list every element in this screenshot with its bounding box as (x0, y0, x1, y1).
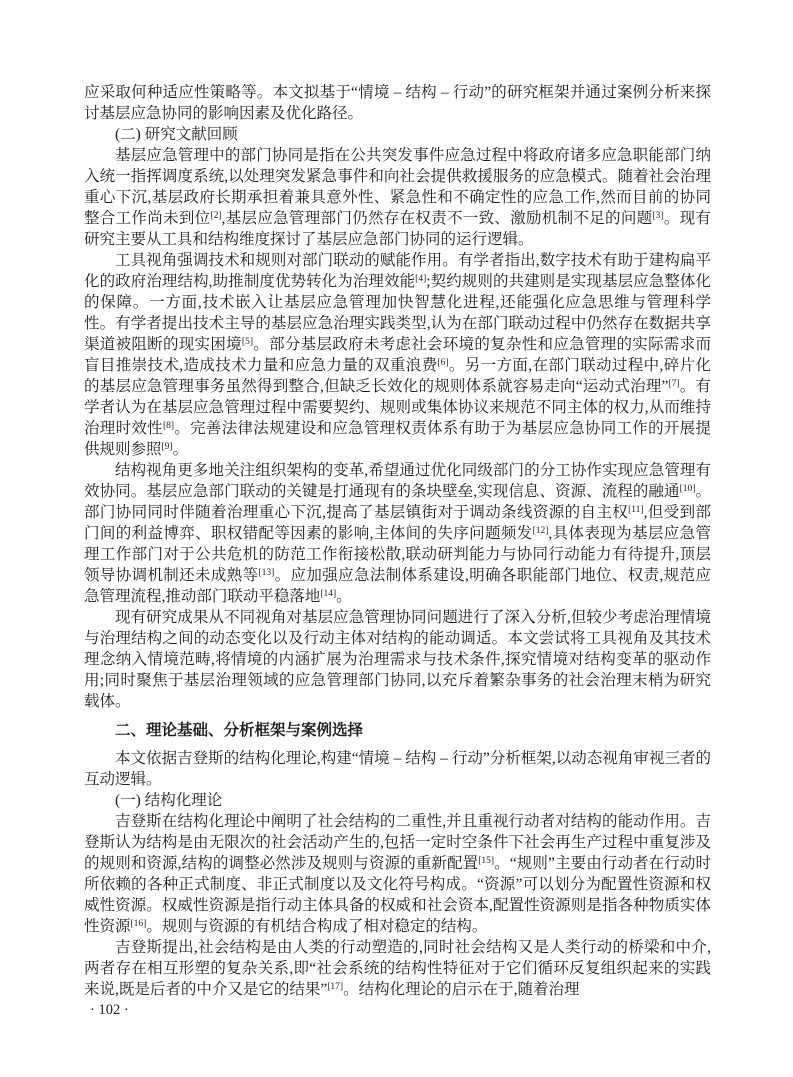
paragraph: 现有研究成果从不同视角对基层应急管理协同问题进行了深入分析,但较少考虑治理情境与… (84, 607, 711, 712)
page-number: · 102 · (90, 1000, 129, 1020)
citation-marker: [10] (680, 484, 696, 494)
citation-marker: [14] (320, 589, 336, 599)
citation-marker: [16] (131, 919, 147, 929)
paragraph: 基层应急管理中的部门协同是指在公共突发事件应急过程中将政府诸多应急职能部门纳入统… (84, 145, 711, 250)
citation-marker: [7] (668, 379, 679, 389)
citation-marker: [17] (327, 982, 343, 992)
paragraph: 应采取何种适应性策略等。本文拟基于“情境 – 结构 – 行动”的研究框架并通过案… (84, 82, 711, 124)
paragraph: 工具视角强调技术和规则对部门联动的赋能作用。有学者指出,数字技术有助于建构扁平化… (84, 250, 711, 460)
paragraph: 结构视角更多地关注组织架构的变革,希望通过优化同级部门的分工协作实现应急管理有效… (84, 460, 711, 607)
article-body: 应采取何种适应性策略等。本文拟基于“情境 – 结构 – 行动”的研究框架并通过案… (84, 82, 711, 1000)
citation-marker: [3] (652, 211, 663, 221)
section-heading: 二、理论基础、分析框架与案例选择 (84, 720, 711, 741)
citation-marker: [5] (242, 337, 253, 347)
citation-marker: [6] (437, 358, 448, 368)
sub-heading: (一) 结构化理论 (84, 790, 711, 811)
citation-marker: [4] (415, 274, 426, 284)
citation-marker: [15] (478, 856, 494, 866)
citation-marker: [2] (210, 211, 221, 221)
paragraph: 吉登斯在结构化理论中阐明了社会结构的二重性,并且重视行动者对结构的能动作用。吉登… (84, 811, 711, 937)
citation-marker: [12] (533, 526, 549, 536)
citation-marker: [13] (258, 568, 274, 578)
citation-marker: [8] (163, 421, 174, 431)
paragraph: 本文依据吉登斯的结构化理论,构建“情境 – 结构 – 行动”分析框架,以动态视角… (84, 748, 711, 790)
citation-marker: [9] (162, 442, 173, 452)
journal-page: 应采取何种适应性策略等。本文拟基于“情境 – 结构 – 行动”的研究框架并通过案… (0, 0, 793, 1077)
sub-heading: (二) 研究文献回顾 (84, 124, 711, 145)
paragraph: 吉登斯提出,社会结构是由人类的行动塑造的,同时社会结构又是人类行动的桥梁和中介,… (84, 937, 711, 1000)
citation-marker: [11] (628, 505, 643, 515)
